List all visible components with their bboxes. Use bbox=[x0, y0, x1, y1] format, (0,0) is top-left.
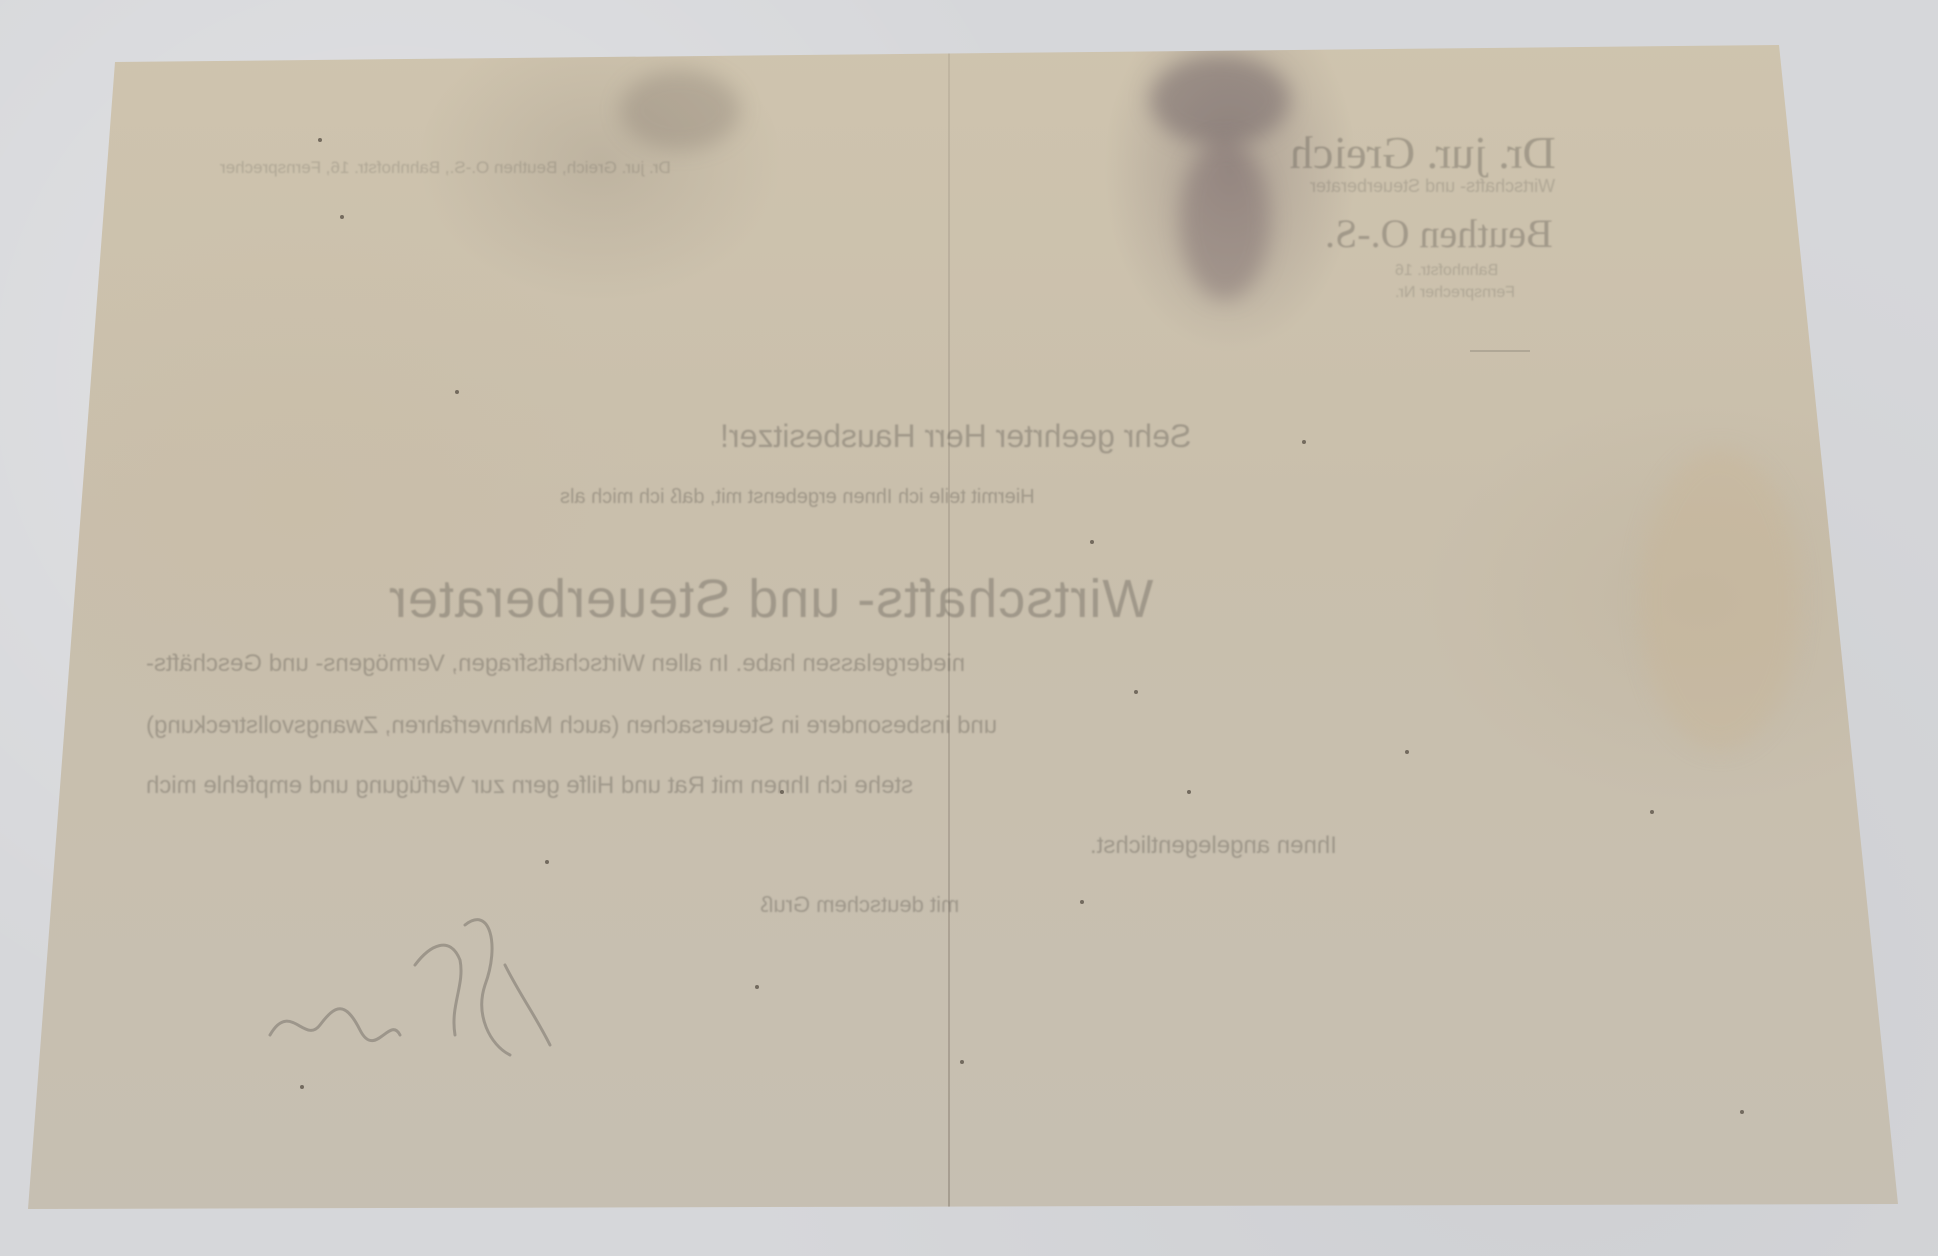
stain-right bbox=[1640, 450, 1800, 750]
water-stain-top bbox=[1150, 55, 1290, 145]
salutation: Sehr geehrter Herr Hausbesitzer! bbox=[720, 418, 1191, 455]
water-stain-mid bbox=[1180, 140, 1270, 300]
letterhead-address-1: Bahnhofstr. 16 bbox=[1395, 262, 1498, 280]
return-address-line: Dr. jur. Greich, Beuthen O.-S., Bahnhofs… bbox=[220, 158, 671, 178]
signature-icon bbox=[250, 905, 580, 1075]
closing: mit deutschem Gruß bbox=[760, 892, 959, 918]
letter-title: Wirtschafts- und Steuerberater bbox=[388, 568, 1153, 630]
stain-left-top bbox=[620, 70, 740, 150]
body-line: Ihnen angelegentlichst. bbox=[1090, 832, 1337, 860]
letterhead-address-2: Fernsprecher Nr. bbox=[1395, 284, 1515, 302]
intro-line: Hiermit teile ich Ihnen ergebenst mit, d… bbox=[560, 486, 1035, 509]
body-line: und insbesondere in Steuersachen (auch M… bbox=[146, 712, 997, 740]
letterhead-city: Beuthen O.-S. bbox=[1325, 210, 1553, 257]
body-line: stehe ich Ihnen mit Rat und Hilfe gern z… bbox=[146, 772, 913, 800]
letterhead-name: Dr. jur. Greich bbox=[1290, 126, 1556, 179]
letterhead-rule bbox=[1470, 350, 1530, 352]
letterhead-subtitle: Wirtschafts- und Steuerberater bbox=[1310, 176, 1555, 197]
body-line: niedergelassen habe. In allen Wirtschaft… bbox=[146, 650, 965, 678]
paper-sheet: Dr. jur. Greich Wirtschafts- und Steuerb… bbox=[0, 0, 1938, 1256]
